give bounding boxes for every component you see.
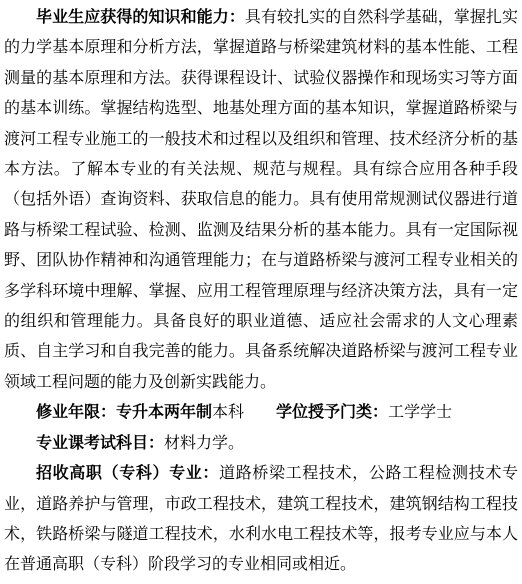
text-run: 材料力学。 [164, 435, 244, 452]
paragraph-study-duration-and-degree: 修业年限：专升本两年制本科 学位授予门类：工学学士 [4, 398, 518, 428]
document-body: 毕业生应获得的知识和能力：具有较扎实的自然科学基础，掌握扎实的力学基本原理和分析… [4, 3, 518, 581]
lead-label: 修业年限：专升本两年制 [36, 404, 212, 421]
paragraph-exam-subject: 专业课考试科目：材料力学。 [4, 429, 518, 459]
lead-label: 专业课考试科目： [36, 435, 164, 452]
lead-label: 招收高职（专科）专业： [36, 465, 219, 482]
text-run: 本科 [212, 404, 244, 421]
lead-label: 毕业生应获得的知识和能力： [36, 9, 245, 26]
text-run: 具有较扎实的自然科学基础，掌握扎实的力学基本原理和分析方法，掌握道路与桥梁建筑材… [4, 9, 518, 391]
text-run: 工学学士 [388, 404, 452, 421]
paragraph-knowledge-and-abilities: 毕业生应获得的知识和能力：具有较扎实的自然科学基础，掌握扎实的力学基本原理和分析… [4, 3, 518, 398]
document-page: 毕业生应获得的知识和能力：具有较扎实的自然科学基础，掌握扎实的力学基本原理和分析… [0, 0, 522, 584]
paragraph-admitted-vocational-majors: 招收高职（专科）专业：道路桥梁工程技术，公路工程检测技术专业，道路养护与管理，市… [4, 459, 518, 581]
text-run [244, 404, 276, 421]
lead-label: 学位授予门类： [276, 404, 388, 421]
